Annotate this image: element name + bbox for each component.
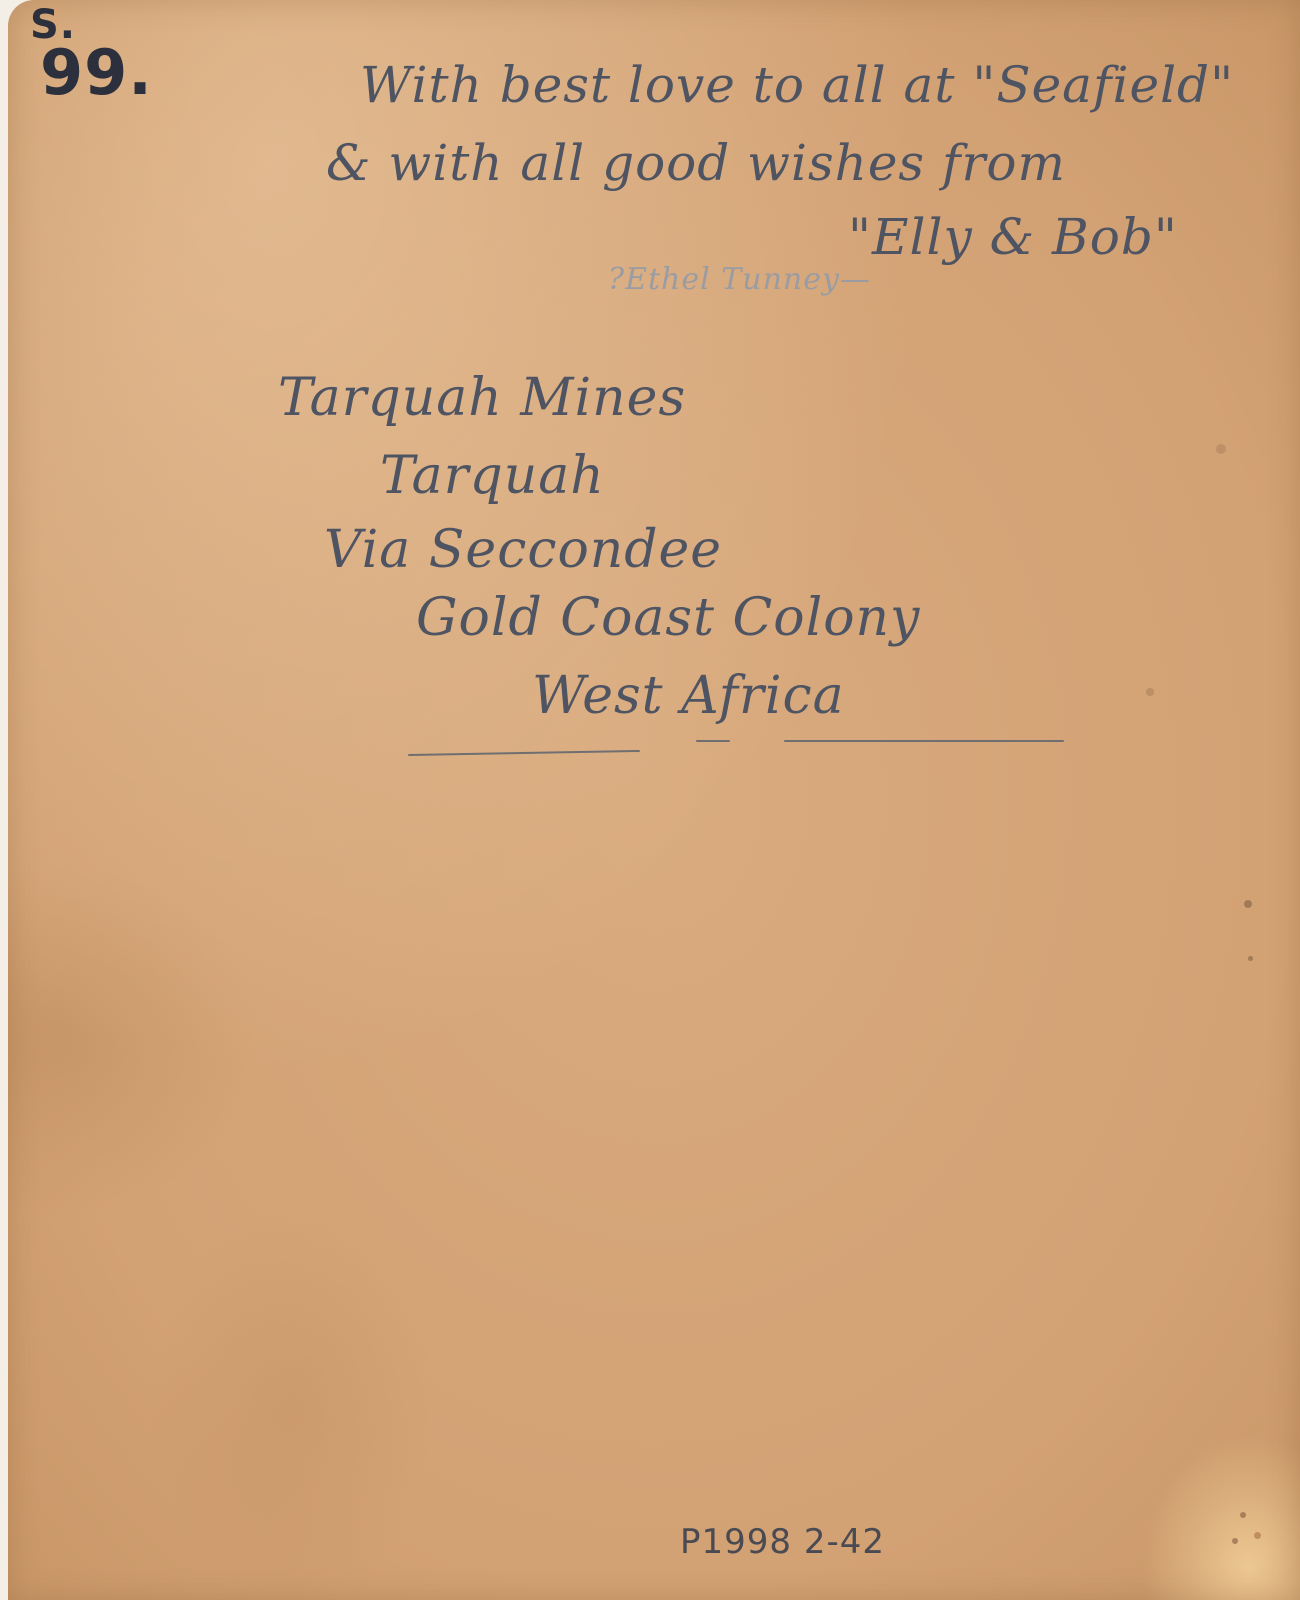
dedication-line-1: With best love to all at "Seafield" — [360, 56, 1234, 114]
address-line-2: Tarquah — [380, 446, 605, 506]
foxing-spot — [1146, 688, 1154, 696]
catalog-number: 99. — [40, 36, 153, 109]
foxing-spot — [1232, 1538, 1238, 1544]
foxing-spot — [1240, 1512, 1246, 1518]
dedication-signature: "Elly & Bob" — [848, 208, 1178, 266]
underline-dash — [696, 740, 730, 742]
underline-left — [408, 750, 640, 756]
foxing-spot — [1248, 956, 1253, 961]
dedication-line-2: & with all good wishes from — [326, 134, 1066, 192]
foxing-spot — [1216, 444, 1226, 454]
address-line-5: West Africa — [532, 666, 845, 726]
address-line-3: Via Seccondee — [324, 520, 722, 580]
card-back: S. 99. With best love to all at "Seafiel… — [8, 0, 1300, 1600]
accession-number: P1998 2-42 — [680, 1522, 885, 1562]
address-line-4: Gold Coast Colony — [416, 588, 920, 648]
pencil-attribution-note: ?Ethel Tunney— — [608, 262, 871, 297]
foxing-spot — [1244, 900, 1252, 908]
underline-right — [784, 740, 1064, 742]
foxing-spot — [1254, 1532, 1261, 1539]
address-line-1: Tarquah Mines — [278, 368, 686, 428]
